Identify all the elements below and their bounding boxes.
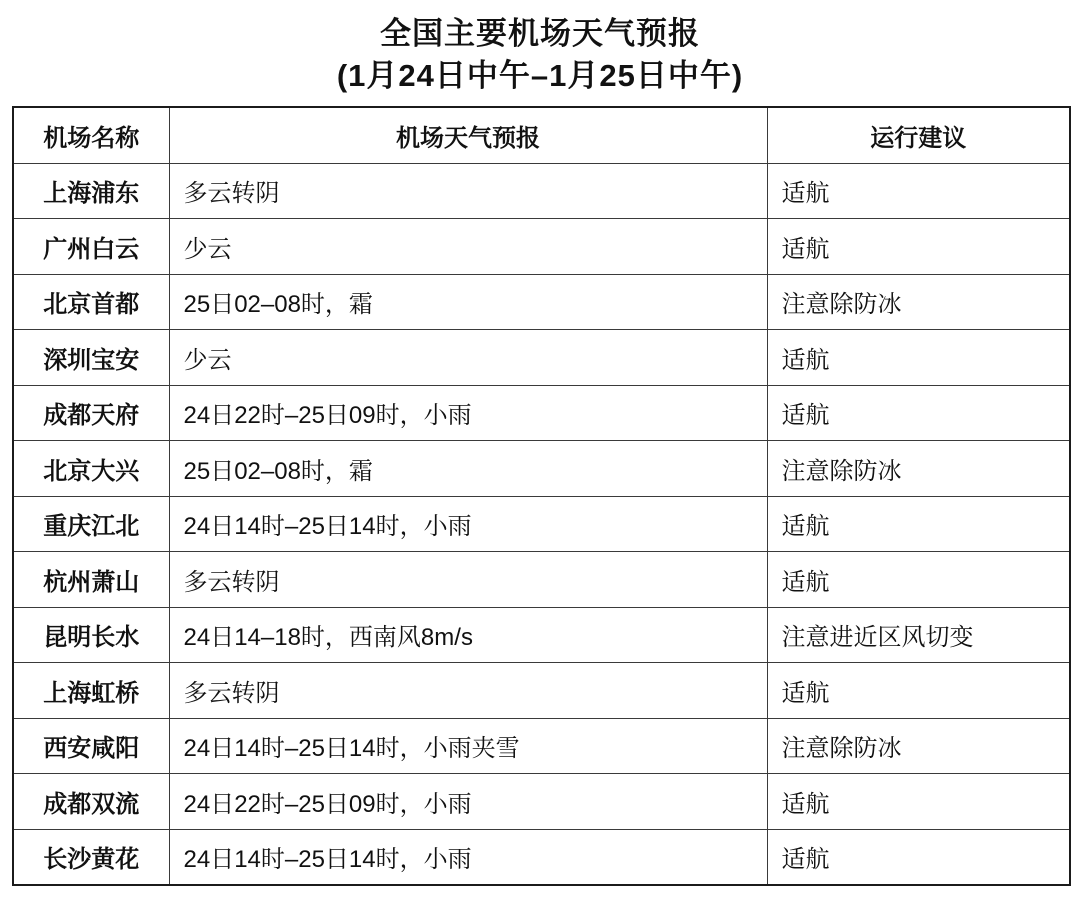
weather-forecast-cell: 25日02–08时，霜 [169, 441, 767, 497]
weather-forecast-cell: 24日22时–25日09时，小雨 [169, 385, 767, 441]
operation-advice-cell: 注意除防冰 [767, 441, 1070, 497]
table-row: 广州白云少云适航 [13, 219, 1070, 275]
weather-forecast-cell: 少云 [169, 219, 767, 275]
weather-forecast-cell: 多云转阴 [169, 663, 767, 719]
page-subtitle: (1月24日中午–1月25日中午) [0, 55, 1080, 97]
airport-name-cell: 北京大兴 [13, 441, 169, 497]
table-row: 成都双流24日22时–25日09时，小雨适航 [13, 774, 1070, 830]
airport-name-cell: 成都双流 [13, 774, 169, 830]
airport-weather-forecast-table: 机场名称 机场天气预报 运行建议 上海浦东多云转阴适航广州白云少云适航北京首都2… [12, 106, 1071, 886]
weather-forecast-cell: 24日14–18时，西南风8m/s [169, 607, 767, 663]
airport-name-cell: 杭州萧山 [13, 552, 169, 608]
table-row: 深圳宝安少云适航 [13, 330, 1070, 386]
weather-forecast-cell: 25日02–08时，霜 [169, 274, 767, 330]
header-weather-forecast: 机场天气预报 [169, 107, 767, 163]
table-row: 上海虹桥多云转阴适航 [13, 663, 1070, 719]
header-operation-advice: 运行建议 [767, 107, 1070, 163]
airport-name-cell: 上海浦东 [13, 163, 169, 219]
table-row: 长沙黄花24日14时–25日14时，小雨适航 [13, 829, 1070, 885]
table-row: 重庆江北24日14时–25日14时，小雨适航 [13, 496, 1070, 552]
table-row: 北京大兴25日02–08时，霜注意除防冰 [13, 441, 1070, 497]
operation-advice-cell: 适航 [767, 663, 1070, 719]
operation-advice-cell: 适航 [767, 829, 1070, 885]
operation-advice-cell: 注意除防冰 [767, 274, 1070, 330]
weather-forecast-cell: 多云转阴 [169, 552, 767, 608]
operation-advice-cell: 适航 [767, 330, 1070, 386]
weather-forecast-cell: 24日14时–25日14时，小雨夹雪 [169, 718, 767, 774]
operation-advice-cell: 适航 [767, 774, 1070, 830]
page-title: 全国主要机场天气预报 [0, 13, 1080, 55]
weather-forecast-cell: 多云转阴 [169, 163, 767, 219]
weather-forecast-cell: 24日22时–25日09时，小雨 [169, 774, 767, 830]
weather-forecast-cell: 24日14时–25日14时，小雨 [169, 496, 767, 552]
operation-advice-cell: 适航 [767, 385, 1070, 441]
operation-advice-cell: 适航 [767, 219, 1070, 275]
operation-advice-cell: 注意除防冰 [767, 718, 1070, 774]
airport-name-cell: 西安咸阳 [13, 718, 169, 774]
airport-name-cell: 长沙黄花 [13, 829, 169, 885]
weather-forecast-cell: 少云 [169, 330, 767, 386]
table-header-row: 机场名称 机场天气预报 运行建议 [13, 107, 1070, 163]
operation-advice-cell: 适航 [767, 552, 1070, 608]
operation-advice-cell: 适航 [767, 496, 1070, 552]
operation-advice-cell: 注意进近区风切变 [767, 607, 1070, 663]
table-row: 西安咸阳24日14时–25日14时，小雨夹雪注意除防冰 [13, 718, 1070, 774]
airport-name-cell: 深圳宝安 [13, 330, 169, 386]
weather-forecast-cell: 24日14时–25日14时，小雨 [169, 829, 767, 885]
header-airport-name: 机场名称 [13, 107, 169, 163]
airport-name-cell: 北京首都 [13, 274, 169, 330]
table-row: 北京首都25日02–08时，霜注意除防冰 [13, 274, 1070, 330]
airport-name-cell: 成都天府 [13, 385, 169, 441]
table-row: 昆明长水24日14–18时，西南风8m/s注意进近区风切变 [13, 607, 1070, 663]
table-row: 成都天府24日22时–25日09时，小雨适航 [13, 385, 1070, 441]
table-row: 上海浦东多云转阴适航 [13, 163, 1070, 219]
table-row: 杭州萧山多云转阴适航 [13, 552, 1070, 608]
airport-name-cell: 广州白云 [13, 219, 169, 275]
airport-name-cell: 昆明长水 [13, 607, 169, 663]
airport-name-cell: 重庆江北 [13, 496, 169, 552]
airport-name-cell: 上海虹桥 [13, 663, 169, 719]
operation-advice-cell: 适航 [767, 163, 1070, 219]
